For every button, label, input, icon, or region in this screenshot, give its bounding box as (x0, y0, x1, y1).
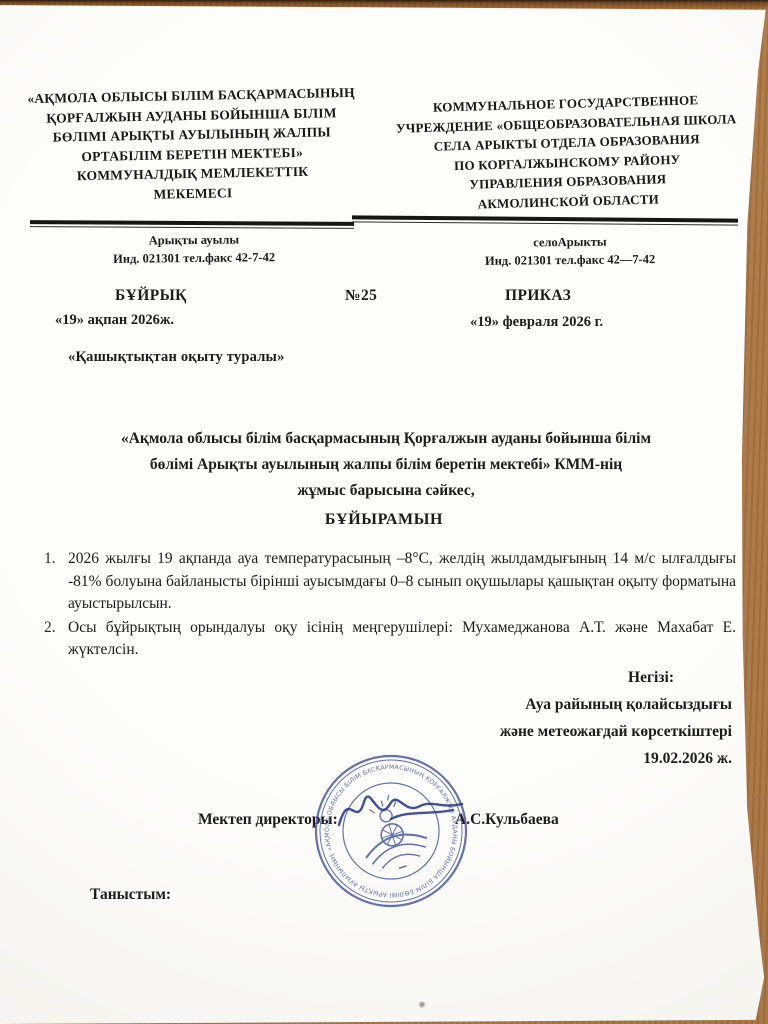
order-item: 2. Осы бұйрықтың орындалуы оқу ісінің ме… (44, 617, 736, 662)
director-signature (333, 779, 485, 841)
basis-label: Негізі: (330, 664, 732, 691)
org-name-kazakh: «АҚМОЛА ОБЛЫСЫ БІЛІМ БАСҚАРМАСЫНЫҢ ҚОРҒА… (13, 83, 371, 207)
preamble-line: бөлімі Арықты ауылының жалпы білім берет… (40, 452, 732, 478)
preamble-line: «Ақмола облысы білім басқармасының Қорға… (40, 426, 732, 452)
order-title-kazakh: БҰЙРЫҚ (115, 287, 187, 305)
order-subject: «Қашықтықтан оқыту туралы» (68, 349, 285, 366)
postal-phone: Инд. 021301 тел.факс 42-7-42 (58, 248, 330, 269)
order-number: №25 (345, 287, 377, 305)
acknowledged-label: Таныстым: (90, 886, 171, 904)
order-item: 1. 2026 жылғы 19 ақпанда ауа температура… (44, 548, 736, 616)
header-divider-left (30, 220, 354, 226)
preamble-line: жұмыс барысына сәйкес, (40, 478, 732, 504)
contact-block-russian: селоАрыкты Инд. 021301 тел.факс 42—7-42 (428, 232, 712, 271)
order-items: 1. 2026 жылғы 19 ақпанда ауа температура… (44, 548, 736, 663)
org-name-russian: КОММУНАЛЬНОЕ ГОСУДАРСТВЕННОЕ УЧРЕЖДЕНИЕ … (374, 89, 759, 217)
contact-block-kazakh: Арықты ауылы Инд. 021301 тел.факс 42-7-4… (58, 230, 330, 269)
order-preamble: «Ақмола облысы білім басқармасының Қорға… (40, 426, 732, 504)
order-date-kazakh: «19» ақпан 2026ж. (55, 312, 174, 329)
basis-line: Ауа райының қолайсыздығы (330, 691, 732, 718)
scanned-order-photo: { "doc": { "header_left": { "lines": [ "… (0, 0, 768, 1024)
scan-smudge (418, 1001, 426, 1008)
order-date-russian: «19» февраля 2026 г. (470, 314, 603, 331)
item-number: 2. (44, 617, 68, 662)
postal-phone: Инд. 021301 тел.факс 42—7-42 (428, 250, 712, 271)
resolve-heading: БҰЙЫРАМЫН (0, 511, 768, 529)
basis-line: және метеожағдай көрсеткіштері (330, 718, 732, 745)
order-title-russian: ПРИКАЗ (505, 287, 571, 305)
document-page: «АҚМОЛА ОБЛЫСЫ БІЛІМ БАСҚАРМАСЫНЫҢ ҚОРҒА… (0, 0, 768, 1024)
item-text: 2026 жылғы 19 ақпанда ауа температурасын… (68, 548, 736, 616)
header-divider-right (352, 215, 738, 222)
item-text: Осы бұйрықтың орындалуы оқу ісінің меңге… (68, 617, 736, 662)
item-number: 1. (44, 548, 68, 616)
